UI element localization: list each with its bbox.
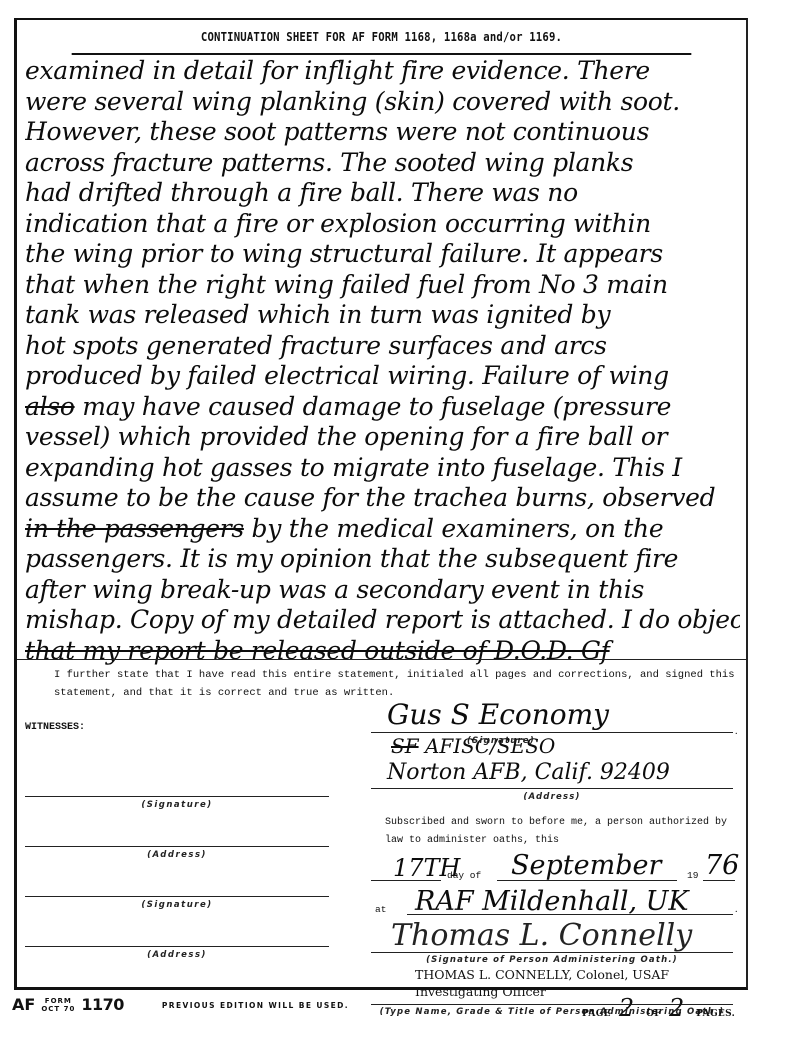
page-total: 2 [669,998,684,1018]
handwritten-line: had drifted through a fire ball. There w… [25,178,740,209]
page-label: PAGE [582,1009,611,1019]
handwritten-line: mishap. Copy of my detailed report is at… [25,605,740,636]
line-text: across fracture patterns. The sooted win… [25,148,633,177]
line-text: expanding hot gasses to migrate into fus… [25,453,682,482]
witness-signature-field-2[interactable] [25,896,329,897]
oath-date-row: 17TH day of September 19 76 [371,854,735,884]
handwritten-line: indication that a fire or explosion occu… [25,209,740,240]
page-indicator: PAGE 2 OF 2 PAGES. [582,998,735,1019]
struck-text: that my report be released outside of D.… [25,636,610,665]
page-current: 2 [619,998,634,1018]
handwritten-line: passengers. It is my opinion that the su… [25,544,740,575]
line-text: had drifted through a fire ball. There w… [25,178,578,207]
struck-text: also [25,392,75,421]
affiant-signature-line[interactable] [371,732,733,733]
witness-address-caption-2: (Address) [25,950,329,960]
attestation-text: I further state that I have read this en… [54,666,744,702]
of-label: OF [646,1009,661,1019]
oath-day-label: day of [447,870,481,881]
administrator-title: Investigating Officer [415,983,546,1000]
handwritten-line: in the passengers by the medical examine… [25,514,740,545]
pages-label: PAGES. [696,1009,735,1019]
line-text: the wing prior to wing structural failur… [25,239,663,268]
handwritten-line: expanding hot gasses to migrate into fus… [25,453,740,484]
line-text: passengers. It is my opinion that the su… [25,544,678,573]
affiant-org-struck: SF [391,734,419,758]
witness-signature-caption-1: (Signature) [25,800,329,810]
handwritten-line: assume to be the cause for the trachea b… [25,483,740,514]
line-text: by the medical examiners, on the [244,514,663,543]
line-text: produced by failed electrical wiring. Fa… [25,361,669,390]
struck-text: in the passengers [25,514,244,543]
administrator-name: THOMAS L. CONNELLY, Colonel, USAF [415,966,669,983]
oath-month-line[interactable] [497,880,677,881]
oath-year-line[interactable] [703,880,735,881]
handwritten-line: produced by failed electrical wiring. Fa… [25,361,740,392]
form-title: CONTINUATION SHEET FOR AF FORM 1168, 116… [72,20,692,55]
administrator-signature: Thomas L. Connelly [391,918,692,953]
line-text: indication that a fire or explosion occu… [25,209,651,238]
form-date: OCT 70 [41,1005,75,1013]
oath-intro: Subscribed and sworn to before me, a per… [385,814,735,850]
administrator-signature-line[interactable] [371,952,733,953]
witness-address-field-1[interactable] [25,846,329,847]
form-label-stack: FORM OCT 70 [41,997,75,1013]
line-text: vessel) which provided the opening for a… [25,422,667,451]
oath-year-prefix: 19 [687,870,698,881]
form-number: 1170 [81,995,124,1014]
form-frame: CONTINUATION SHEET FOR AF FORM 1168, 116… [14,18,748,990]
handwritten-line: that my report be released outside of D.… [25,636,740,667]
handwritten-line: after wing break-up was a secondary even… [25,575,740,606]
oath-location-row: at RAF Mildenhall, UK . [371,890,741,920]
dot: . [735,726,738,737]
handwritten-line: across fracture patterns. The sooted win… [25,148,740,179]
witness-address-field-2[interactable] [25,946,329,947]
handwritten-line: tank was released which in turn was igni… [25,300,740,331]
oath-day-line[interactable] [371,880,441,881]
handwritten-line: were several wing planking (skin) covere… [25,87,740,118]
affiant-address-caption: (Address) [371,792,733,802]
line-text: hot spots generated fracture surfaces an… [25,331,607,360]
handwritten-line: the wing prior to wing structural failur… [25,239,740,270]
oath-at-label: at [375,904,386,915]
affiant-address: Norton AFB, Calif. 92409 [387,760,670,785]
handwritten-line: vessel) which provided the opening for a… [25,422,740,453]
witness-signature-field-1[interactable] [25,796,329,797]
line-text: mishap. Copy of my detailed report is at… [25,605,740,634]
handwritten-line: examined in detail for inflight fire evi… [25,56,740,87]
line-text: that when the right wing failed fuel fro… [25,270,668,299]
form-label: FORM [45,997,72,1005]
statement-divider [17,659,746,660]
line-text: after wing break-up was a secondary even… [25,575,644,604]
oath-year: 76 [705,850,739,881]
line-text: may have caused damage to fuselage (pres… [75,392,672,421]
oath-month: September [511,850,661,881]
line-text: assume to be the cause for the trachea b… [25,483,715,512]
affiant-signature: Gus S Economy [387,698,609,731]
line-text: tank was released which in turn was igni… [25,300,610,329]
line-text: were several wing planking (skin) covere… [25,87,680,116]
form-id: AF FORM OCT 70 1170 PREVIOUS EDITION WIL… [12,995,349,1014]
form-prefix: AF [12,995,35,1014]
administrator-signature-caption: (Signature of Person Administering Oath.… [371,955,733,965]
handwritten-line: that when the right wing failed fuel fro… [25,270,740,301]
oath-location: RAF Mildenhall, UK [415,886,689,917]
affiant-address-line[interactable] [371,788,733,789]
handwritten-line: also may have caused damage to fuselage … [25,392,740,423]
dot: . [735,904,738,915]
witness-address-caption-1: (Address) [25,850,329,860]
witness-signature-caption-2: (Signature) [25,900,329,910]
line-text: However, these soot patterns were not co… [25,117,649,146]
handwritten-line: However, these soot patterns were not co… [25,117,740,148]
edition-note: PREVIOUS EDITION WILL BE USED. [162,1001,349,1010]
witnesses-label: WITNESSES: [25,722,85,733]
line-text: examined in detail for inflight fire evi… [25,56,650,85]
affiant-signature-caption: (Signature) [441,736,561,746]
handwritten-statement: examined in detail for inflight fire evi… [25,56,740,666]
oath-location-line[interactable] [407,914,733,915]
handwritten-line: hot spots generated fracture surfaces an… [25,331,740,362]
